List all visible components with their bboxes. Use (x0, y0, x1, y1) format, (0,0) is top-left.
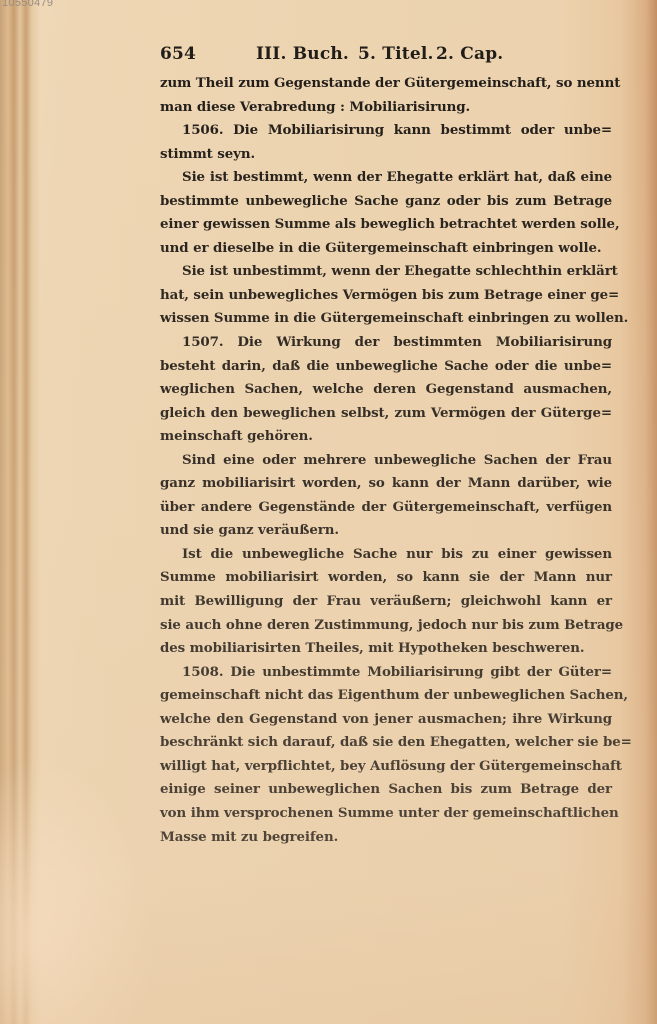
text-line: und sie ganz veräußern. (160, 519, 612, 543)
text-line: ganz mobiliarisirt worden, so kann der M… (160, 472, 612, 496)
catalog-id-watermark: 10550479 (2, 0, 53, 9)
text-line: wissen Summe in die Gütergemeinschaft ei… (160, 307, 612, 331)
running-head: 654 III. Buch. 5. Titel. 2. Cap. (160, 44, 612, 72)
running-head-title: 5. Titel. (358, 44, 434, 64)
text-line: weglichen Sachen, welche deren Gegenstan… (160, 378, 612, 402)
text-line: Ist die unbewegliche Sache nur bis zu ei… (160, 543, 612, 567)
text-line: Summe mobiliarisirt worden, so kann sie … (160, 566, 612, 590)
scanned-book-page: 10550479 654 III. Buch. 5. Titel. 2. Cap… (0, 0, 657, 1024)
text-line: des mobiliarisirten Theiles, mit Hypothe… (160, 637, 612, 661)
text-line: besteht darin, daß die unbewegliche Sach… (160, 355, 612, 379)
text-line: 1506. Die Mobiliarisirung kann bestimmt … (160, 119, 612, 143)
body-text: zum Theil zum Gegenstande der Gütergemei… (160, 72, 612, 849)
text-line: welche den Gegenstand von jener ausmache… (160, 708, 612, 732)
page-number: 654 (160, 44, 196, 64)
text-line: man diese Verabredung : Mobiliarisirung. (160, 96, 612, 120)
text-line: stimmt seyn. (160, 143, 612, 167)
text-line: hat, sein unbewegliches Vermögen bis zum… (160, 284, 612, 308)
running-head-book: III. Buch. (256, 44, 349, 64)
text-line: beschränkt sich darauf, daß sie den Eheg… (160, 731, 612, 755)
text-line: über andere Gegenstände der Gütergemeins… (160, 496, 612, 520)
text-line: meinschaft gehören. (160, 425, 612, 449)
text-block: 654 III. Buch. 5. Titel. 2. Cap. zum The… (160, 44, 612, 849)
text-line: Masse mit zu begreifen. (160, 826, 612, 850)
text-line: einige seiner unbeweglichen Sachen bis z… (160, 778, 612, 802)
text-line: gleich den beweglichen selbst, zum Vermö… (160, 402, 612, 426)
text-line: Sie ist unbestimmt, wenn der Ehegatte sc… (160, 260, 612, 284)
text-line: einer gewissen Summe als beweglich betra… (160, 213, 612, 237)
text-line: 1507. Die Wirkung der bestimmten Mobilia… (160, 331, 612, 355)
text-line: zum Theil zum Gegenstande der Gütergemei… (160, 72, 612, 96)
running-head-chapter: 2. Cap. (436, 44, 503, 64)
text-line: willigt hat, verpflichtet, bey Auflösung… (160, 755, 612, 779)
text-line: mit Bewilligung der Frau veräußern; glei… (160, 590, 612, 614)
text-line: gemeinschaft nicht das Eigenthum der unb… (160, 684, 612, 708)
text-line: von ihm versprochenen Summe unter der ge… (160, 802, 612, 826)
text-line: und er dieselbe in die Gütergemeinschaft… (160, 237, 612, 261)
text-line: Sind eine oder mehrere unbewegliche Sach… (160, 449, 612, 473)
text-line: sie auch ohne deren Zustimmung, jedoch n… (160, 614, 612, 638)
text-line: Sie ist bestimmt, wenn der Ehegatte erkl… (160, 166, 612, 190)
text-line: 1508. Die unbestimmte Mobiliarisirung gi… (160, 661, 612, 685)
text-line: bestimmte unbewegliche Sache ganz oder b… (160, 190, 612, 214)
